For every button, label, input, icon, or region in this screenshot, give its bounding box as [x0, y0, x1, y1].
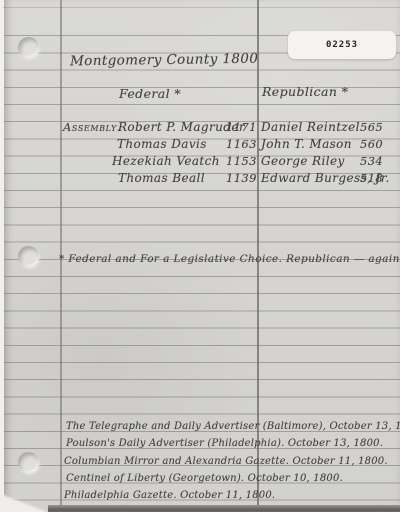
page-title: Montgomery County 1800	[70, 51, 259, 70]
table-row: Thomas Davis 1163 John T. Mason 560	[0, 137, 400, 154]
hole-punch-middle	[18, 246, 39, 267]
source-citation: Centinel of Liberty (Georgetown). Octobe…	[66, 473, 343, 484]
republican-votes: 560	[360, 137, 383, 151]
paper-bottom-edge	[48, 505, 400, 512]
catalog-number-label: 02253	[288, 31, 396, 59]
federal-votes: 1139	[226, 171, 257, 185]
federal-candidate-name: Thomas Davis	[117, 137, 207, 151]
federal-candidate-name: Thomas Beall	[118, 171, 205, 185]
republican-votes: 565	[360, 120, 383, 134]
source-citation: Columbian Mirror and Alexandria Gazette.…	[64, 456, 388, 467]
column-header-republican: Republican *	[262, 84, 348, 99]
republican-candidate-name: George Riley	[261, 154, 345, 168]
federal-votes: 1153	[226, 154, 257, 168]
republican-votes: 518	[360, 171, 383, 185]
catalog-number-text: 02253	[326, 40, 358, 50]
source-citation: Poulson's Daily Advertiser (Philadelphia…	[66, 438, 383, 449]
federal-candidate-name: Hezekiah Veatch	[112, 154, 220, 168]
source-citation: Philadelphia Gazette. October 11, 1800.	[64, 490, 275, 501]
republican-candidate-name: John T. Mason	[261, 137, 352, 151]
column-header-federal: Federal *	[119, 86, 181, 101]
office-label: Assembly.	[63, 120, 121, 134]
federal-votes: 1163	[226, 137, 257, 151]
source-citation: The Telegraphe and Daily Advertiser (Bal…	[66, 421, 400, 432]
table-row: Thomas Beall 1139 Edward Burgess, Jr. 51…	[0, 171, 400, 188]
republican-votes: 534	[360, 154, 383, 168]
scanned-document: 02253 Montgomery County 1800 Federal * R…	[0, 0, 400, 512]
table-row: Hezekiah Veatch 1153 George Riley 534	[0, 154, 400, 171]
hole-punch-top	[18, 37, 39, 58]
federal-votes: 1171	[226, 120, 257, 134]
paper-top-crease	[3, 7, 400, 8]
footnote: * Federal and For a Legislative Choice. …	[59, 253, 400, 265]
republican-candidate-name: Daniel Reintzel	[261, 120, 360, 134]
table-row: Assembly. Robert P. Magruder 1171 Daniel…	[0, 120, 400, 137]
hole-punch-bottom	[18, 452, 39, 473]
